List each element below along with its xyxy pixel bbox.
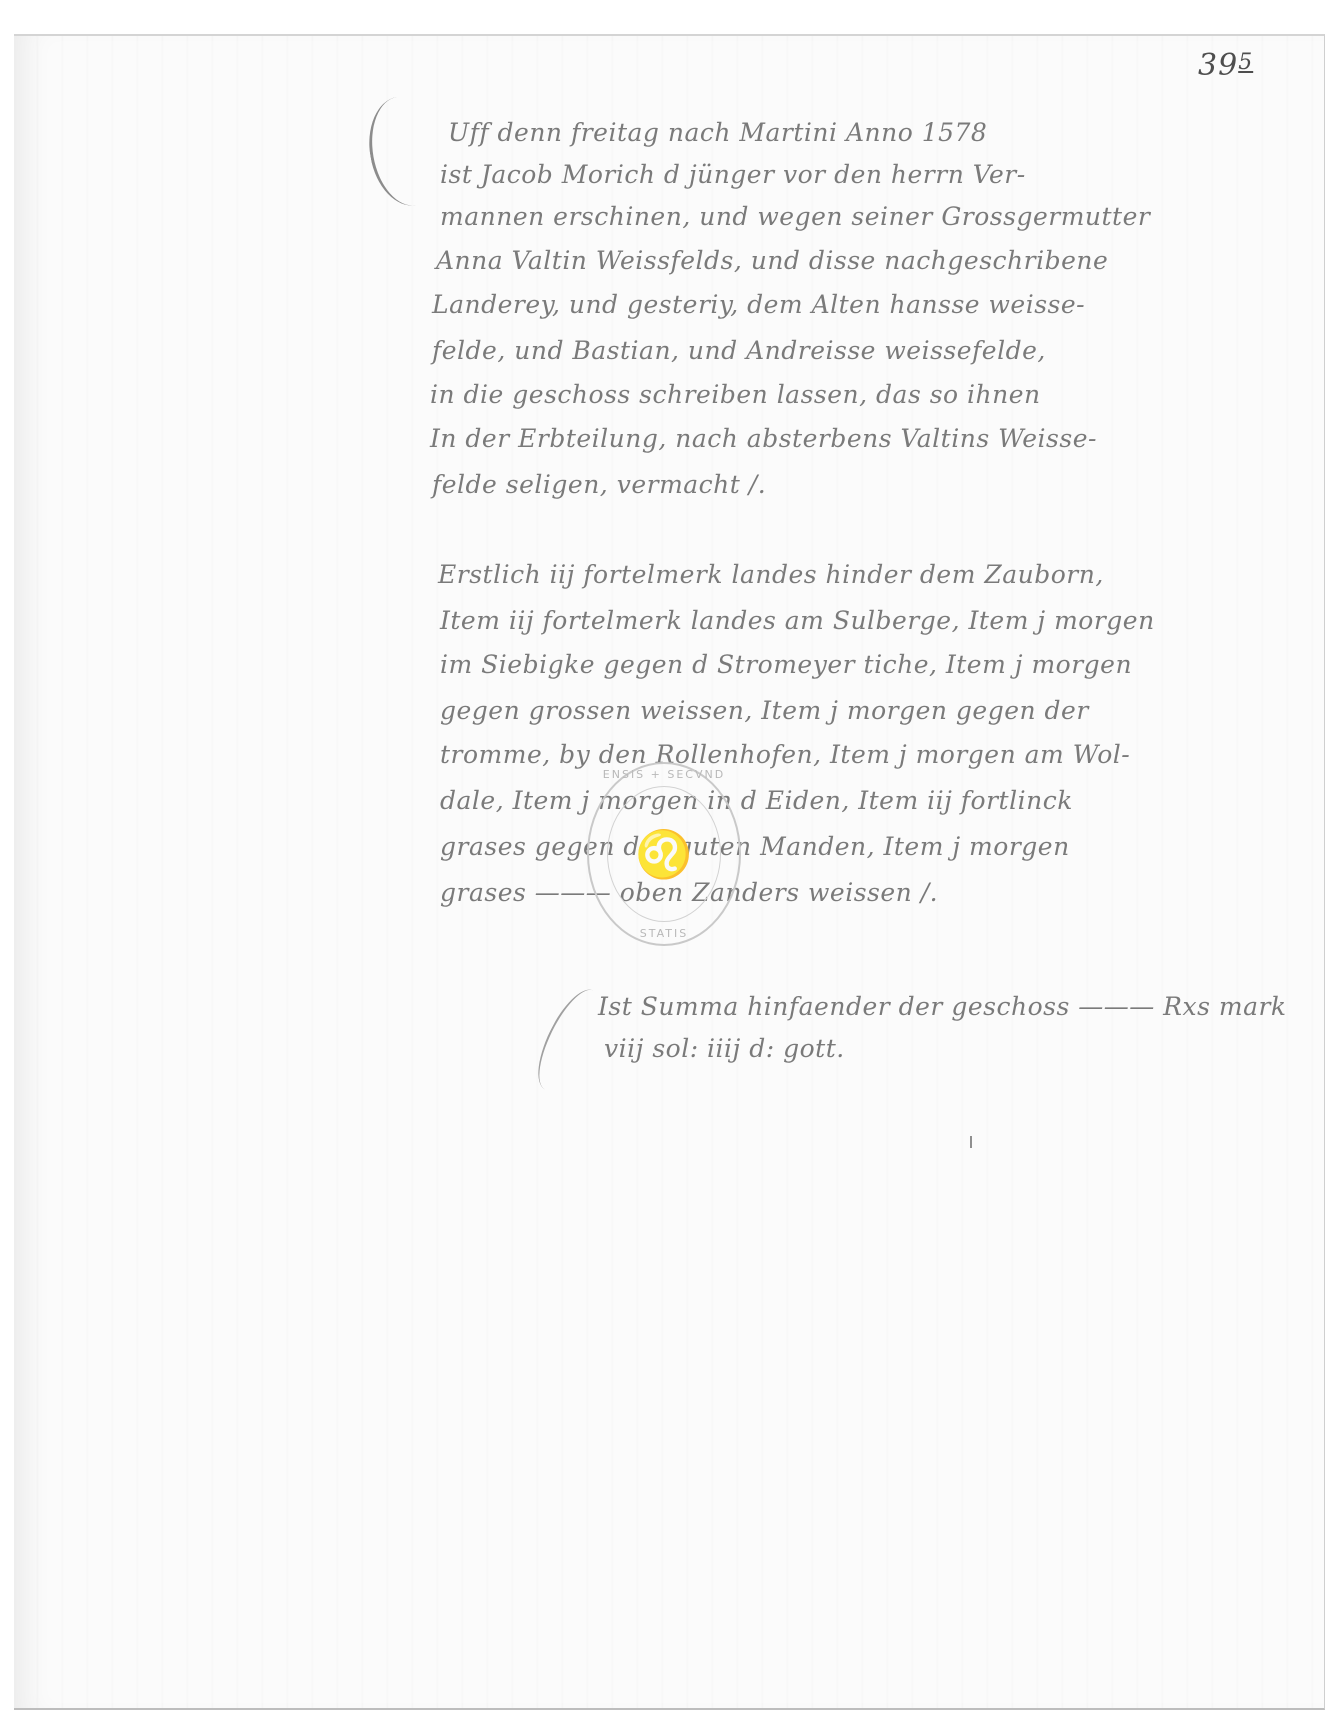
paragraph-1-line-2: ist Jacob Morich d jünger vor den herrn …	[440, 160, 1026, 189]
paragraph-1-line-3: mannen erschinen, und wegen seiner Gross…	[440, 202, 1150, 231]
paragraph-1-line-1: Uff denn freitag nach Martini Anno 1578	[448, 118, 987, 147]
paragraph-2-line-2: Item iij fortelmerk landes am Sulberge, …	[440, 606, 1155, 635]
paragraph-2-line-6: dale, Item j morgen in d Eiden, Item iij…	[440, 786, 1073, 815]
seal-bottom-text: STATIS	[589, 927, 739, 940]
paragraph-3-line-1: Ist Summa hinfaender der geschoss ——— Rx…	[598, 992, 1287, 1021]
lion-emblem-icon: ♌	[629, 824, 699, 884]
paragraph-2-line-5: tromme, by den Rollenhofen, Item j morge…	[440, 740, 1130, 769]
paragraph-2-line-7: grases gegen der guten Manden, Item j mo…	[440, 832, 1070, 861]
paragraph-1-line-7: in die geschoss schreiben lassen, das so…	[430, 380, 1041, 409]
ink-mark	[970, 1136, 972, 1148]
paragraph-2-line-1: Erstlich iij fortelmerk landes hinder de…	[438, 560, 1104, 589]
paragraph-2-line-4: gegen grossen weissen, Item j morgen geg…	[440, 696, 1089, 725]
paragraph-1-line-4: Anna Valtin Weissfelds, und disse nachge…	[436, 246, 1108, 275]
library-stamp-seal: ENSIS + SECVND ♌ STATIS	[587, 762, 741, 946]
folio-number-value: 39	[1198, 48, 1238, 83]
paragraph-1-line-5: Landerey, und gesteriy, dem Alten hansse…	[432, 290, 1085, 319]
paragraph-1-line-6: felde, und Bastian, und Andreisse weisse…	[432, 336, 1046, 365]
paragraph-1-line-8: In der Erbteilung, nach absterbens Valti…	[430, 424, 1097, 453]
paragraph-1-line-9: felde seligen, vermacht /.	[432, 470, 766, 499]
folio-suffix: 5	[1238, 50, 1253, 75]
paragraph-2-line-3: im Siebigke gegen d Stromeyer tiche, Ite…	[440, 650, 1132, 679]
seal-top-text: ENSIS + SECVND	[589, 768, 739, 781]
folio-number: 395	[1198, 48, 1253, 83]
paragraph-3-line-2: viij sol: iiij d: gott.	[604, 1034, 845, 1063]
